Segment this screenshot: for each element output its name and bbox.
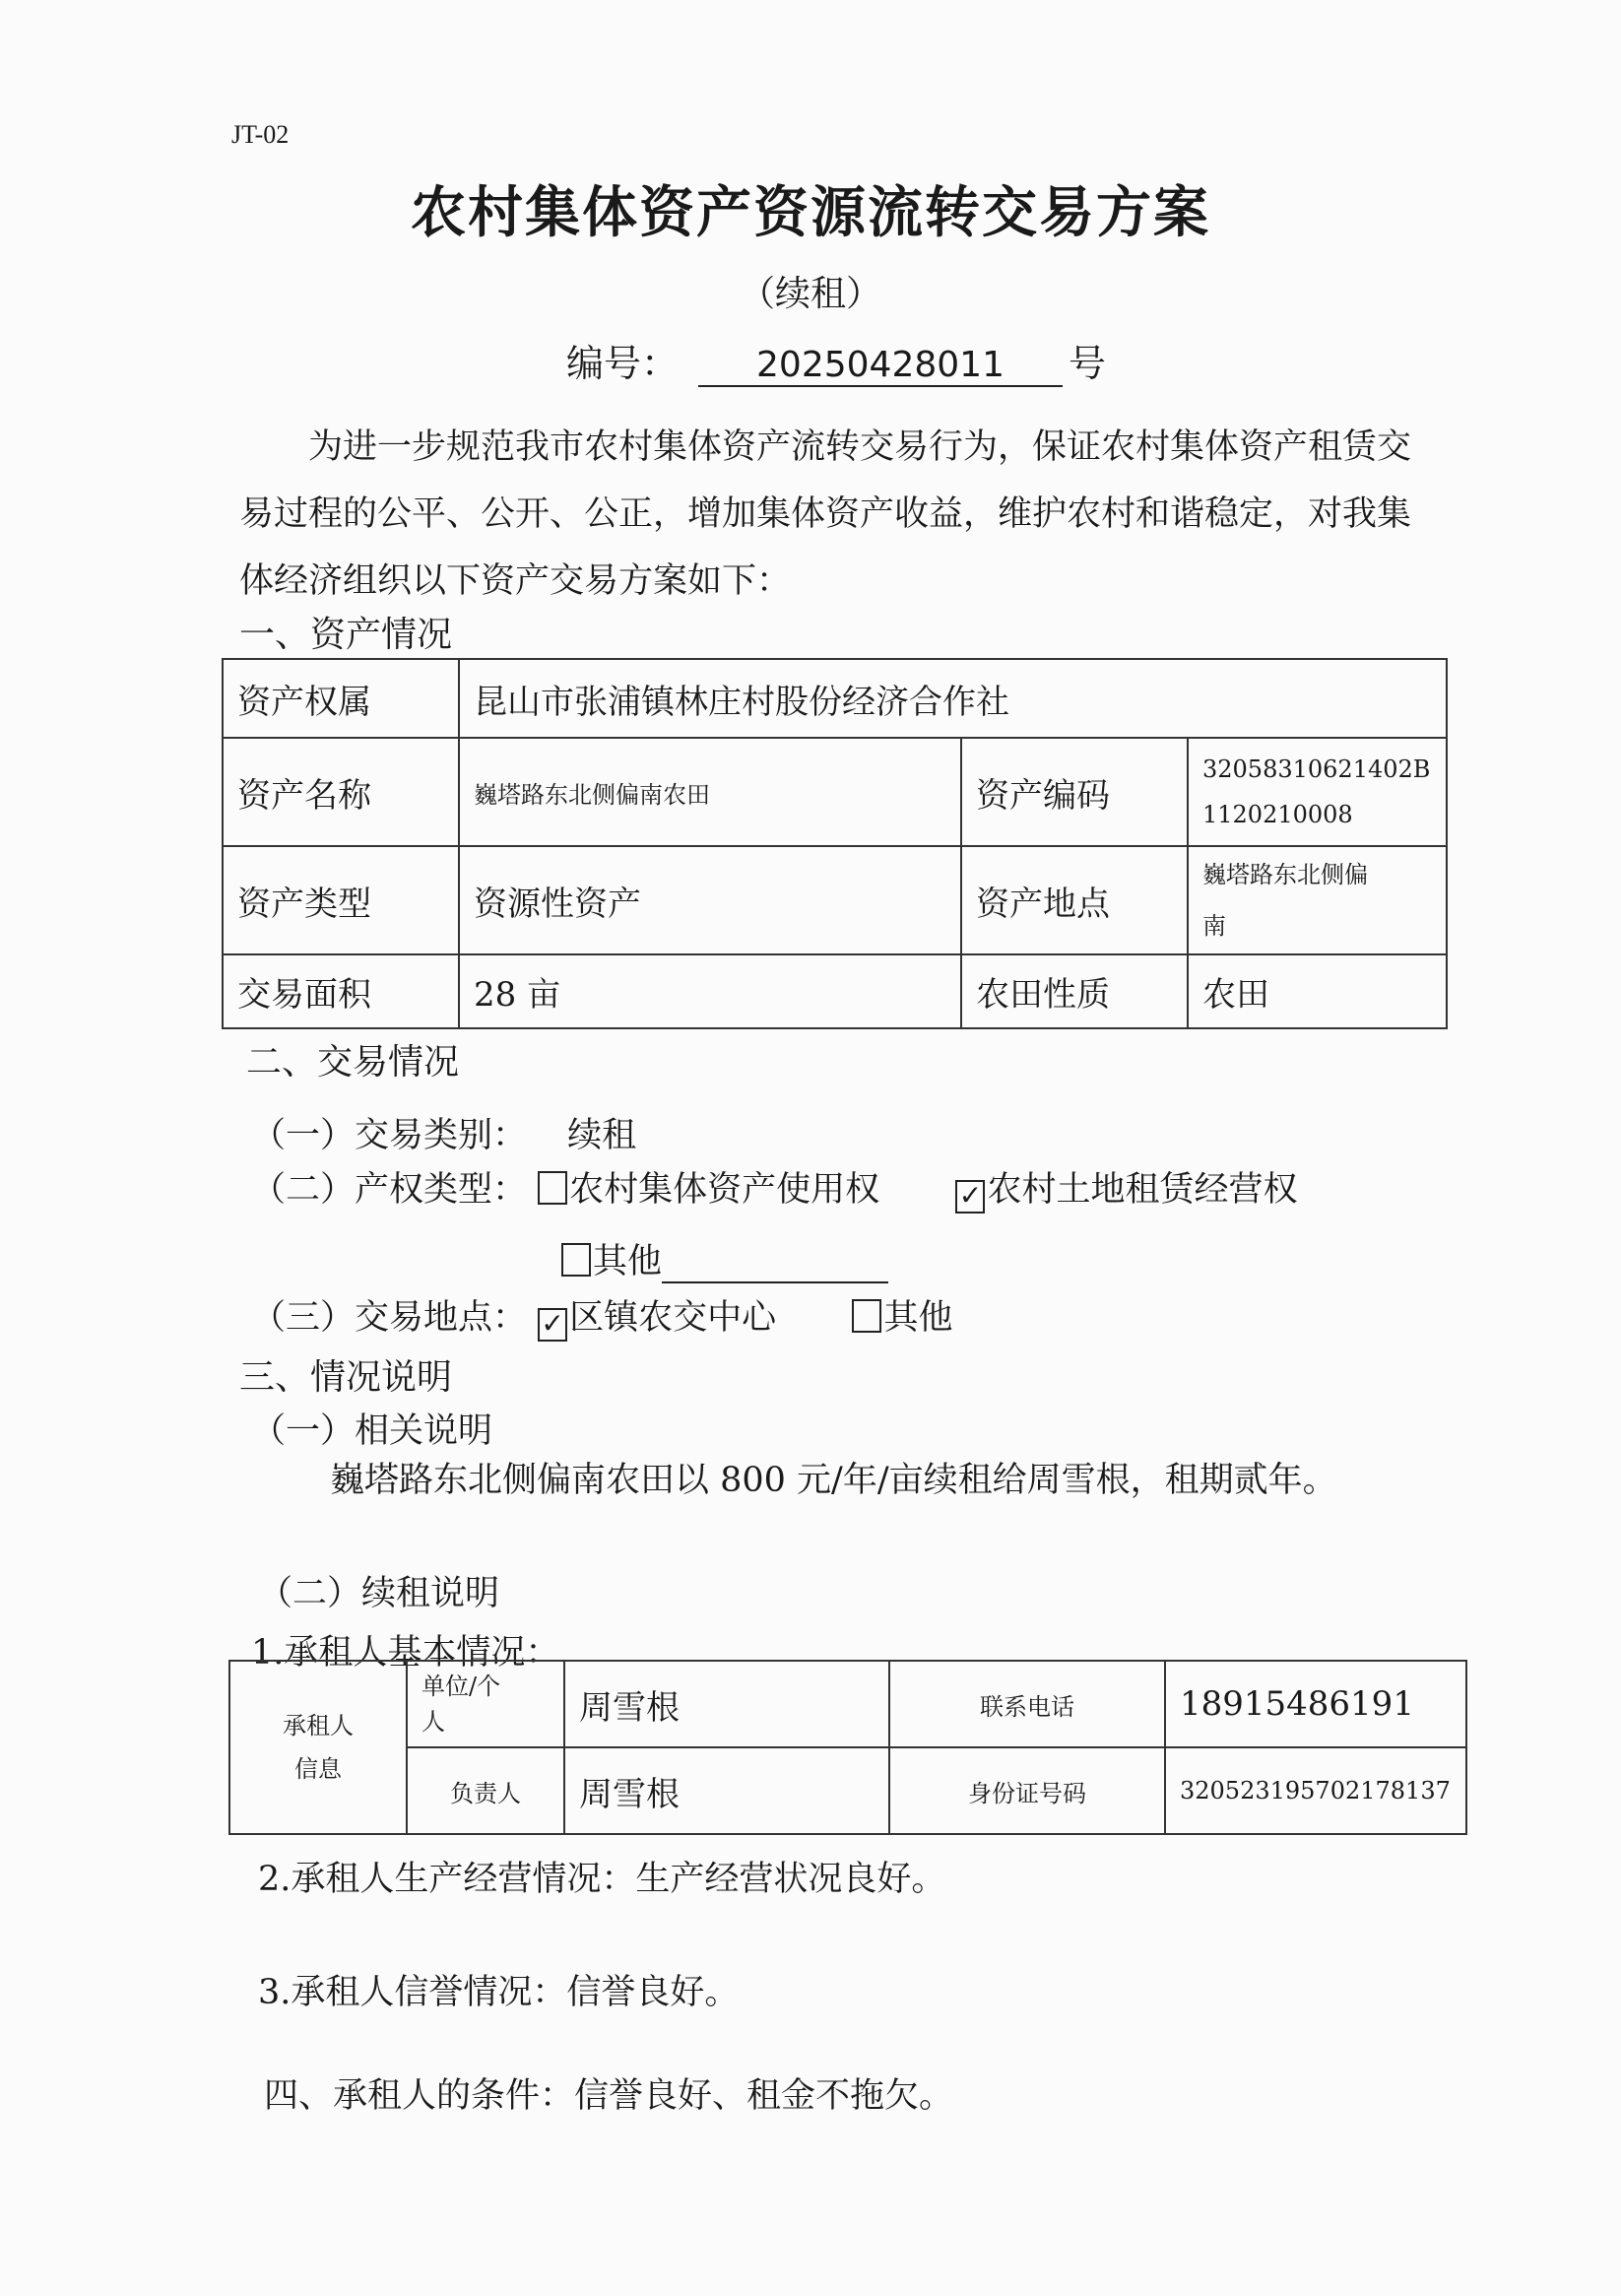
checkbox-land-lease-right[interactable]: ✓ (955, 1180, 985, 1214)
item3: 3.承租人信誉情况：信誉良好。 (258, 1965, 739, 2014)
asset-location-label: 资产地点 (961, 846, 1188, 954)
intro-paragraph: 为进一步规范我市农村集体资产流转交易行为，保证农村集体资产租赁交易过程的公平、公… (239, 414, 1421, 615)
checkbox-place-other[interactable] (852, 1299, 881, 1333)
document-subtitle: （续租） (0, 266, 1621, 316)
person-label: 负责人 (407, 1747, 564, 1834)
phone-label: 联系电话 (889, 1661, 1165, 1747)
checkbox-town-center[interactable]: ✓ (538, 1308, 567, 1342)
document-title: 农村集体资产资源流转交易方案 (0, 169, 1621, 248)
asset-name-label: 资产名称 (223, 738, 459, 846)
nature-label: 农田性质 (961, 954, 1188, 1028)
unit-value: 周雪根 (564, 1661, 889, 1747)
area-value: 28 亩 (459, 954, 961, 1028)
nature-value: 农田 (1188, 954, 1447, 1028)
serial-value: 20250428011 (698, 345, 1063, 387)
trade-category-value: 续租 (567, 1116, 636, 1155)
section3-heading: 三、情况说明 (239, 1349, 452, 1400)
person-value: 周雪根 (564, 1747, 889, 1834)
lessee-table: 承租人 信息 单位/个 人 周雪根 联系电话 18915486191 负责人 周… (228, 1660, 1467, 1835)
asset-location-value: 巍塔路东北侧偏 南 (1188, 846, 1447, 954)
id-value: 320523195702178137 (1165, 1747, 1466, 1834)
rights-type: （二）产权类型： 农村集体资产使用权 ✓农村土地租赁经营权 (251, 1162, 1297, 1214)
sub2-heading: （二）续租说明 (258, 1566, 499, 1615)
serial-label: 编号： (566, 333, 679, 387)
phone-value: 18915486191 (1165, 1661, 1466, 1747)
asset-table: 资产权属 昆山市张浦镇林庄村股份经济合作社 资产名称 巍塔路东北侧偏南农田 资产… (222, 658, 1448, 1029)
asset-type-value: 资源性资产 (459, 846, 961, 954)
item2: 2.承租人生产经营情况：生产经营状况良好。 (258, 1852, 945, 1901)
asset-type-label: 资产类型 (223, 846, 459, 954)
owner-label: 资产权属 (223, 659, 459, 738)
unit-label: 单位/个 人 (407, 1661, 564, 1747)
rights-type-other: 其他 (561, 1234, 888, 1283)
lessee-group-label: 承租人 信息 (229, 1661, 407, 1834)
asset-name-value: 巍塔路东北侧偏南农田 (459, 738, 961, 846)
form-code: JT-02 (231, 120, 289, 150)
trade-category: （一）交易类别： 续租 (251, 1108, 636, 1157)
sub1-heading: （一）相关说明 (251, 1404, 492, 1453)
trade-place: （三）交易地点： ✓区镇农交中心 其他 (251, 1290, 952, 1342)
section1-heading: 一、资产情况 (239, 607, 452, 657)
owner-value: 昆山市张浦镇林庄村股份经济合作社 (459, 659, 1447, 738)
asset-code-value: 32058310621402B 1120210008 (1188, 738, 1447, 846)
asset-code-label: 资产编码 (961, 738, 1188, 846)
checkbox-rights-other[interactable] (561, 1243, 591, 1277)
id-label: 身份证号码 (889, 1747, 1165, 1834)
area-label: 交易面积 (223, 954, 459, 1028)
checkbox-collective-use-right[interactable] (538, 1171, 567, 1205)
sub1-text: 巍塔路东北侧偏南农田以 800 元/年/亩续租给周雪根，租期贰年。 (330, 1453, 1337, 1502)
section4-heading: 四、承租人的条件：信誉良好、租金不拖欠。 (264, 2068, 953, 2118)
serial-suffix: 号 (1069, 333, 1106, 387)
serial-number: 编号： 20250428011 号 (566, 333, 1106, 387)
section2-heading: 二、交易情况 (246, 1034, 459, 1084)
other-fill-line[interactable] (662, 1252, 888, 1283)
